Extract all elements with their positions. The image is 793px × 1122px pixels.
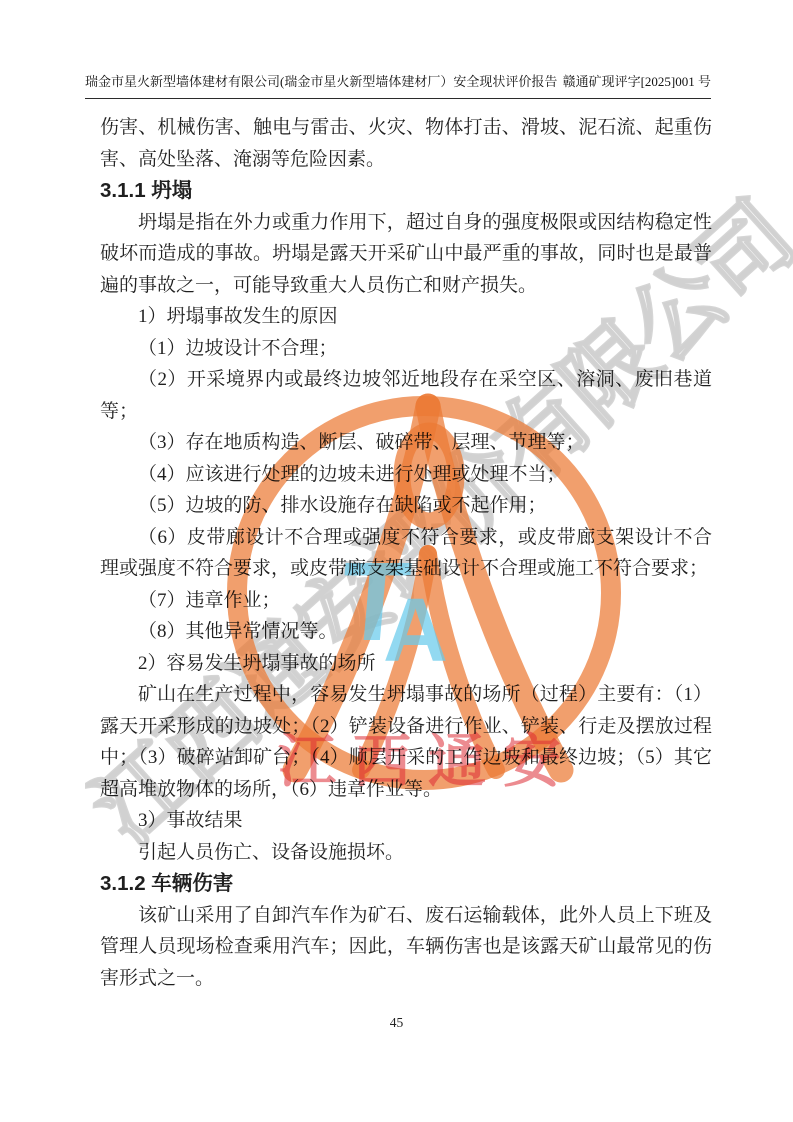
paragraph: 矿山在生产过程中，容易发生坍塌事故的场所（过程）主要有：（1）露天开采形成的边坡…: [100, 679, 712, 805]
header-row: 瑞金市星火新型墙体建材有限公司(瑞金市星火新型墙体建材厂）安全现状评价报告 赣通…: [85, 73, 711, 99]
document-number: 赣通矿现评字[2025]001 号: [563, 73, 711, 91]
paragraph: 该矿山采用了自卸汽车作为矿石、废石运输载体，此外人员上下班及管理人员现场检查乘用…: [100, 900, 712, 995]
section-heading: 3.1.2 车辆伤害: [100, 868, 712, 900]
paragraph: 坍塌是指在外力或重力作用下，超过自身的强度极限或因结构稳定性破坏而造成的事故。坍…: [100, 207, 712, 302]
paragraph: （3）存在地质构造、断层、破碎带、层理、节理等；: [100, 427, 712, 459]
paragraph: （6）皮带廊设计不合理或强度不符合要求，或皮带廊支架设计不合理或强度不符合要求，…: [100, 522, 712, 585]
paragraph: （4）应该进行处理的边坡未进行处理或处理不当；: [100, 459, 712, 491]
paragraph: 3）事故结果: [100, 805, 712, 837]
paragraph: （5）边坡的防、排水设施存在缺陷或不起作用；: [100, 490, 712, 522]
report-title: 瑞金市星火新型墙体建材有限公司(瑞金市星火新型墙体建材厂）安全现状评价报告: [85, 73, 557, 91]
page-footer: 45: [0, 1015, 793, 1031]
paragraph: 1）坍塌事故发生的原因: [100, 301, 712, 333]
paragraph: 2）容易发生坍塌事故的场所: [100, 648, 712, 680]
document-page: { "header": { "title": "瑞金市星火新型墙体建材有限公司(…: [0, 0, 793, 1122]
paragraph: （2）开采境界内或最终边坡邻近地段存在采空区、溶洞、废旧巷道等；: [100, 364, 712, 427]
document-body: 伤害、机械伤害、触电与雷击、火灾、物体打击、滑坡、泥石流、起重伤害、高处坠落、淹…: [100, 112, 712, 994]
paragraph: 伤害、机械伤害、触电与雷击、火灾、物体打击、滑坡、泥石流、起重伤害、高处坠落、淹…: [100, 112, 712, 175]
paragraph: （8）其他异常情况等。: [100, 616, 712, 648]
paragraph: （7）违章作业；: [100, 585, 712, 617]
paragraph: （1）边坡设计不合理；: [100, 333, 712, 365]
section-heading: 3.1.1 坍塌: [100, 175, 712, 207]
page-header: 瑞金市星火新型墙体建材有限公司(瑞金市星火新型墙体建材厂）安全现状评价报告 赣通…: [85, 73, 711, 99]
page-number: 45: [390, 1015, 404, 1030]
paragraph: 引起人员伤亡、设备设施损坏。: [100, 837, 712, 869]
